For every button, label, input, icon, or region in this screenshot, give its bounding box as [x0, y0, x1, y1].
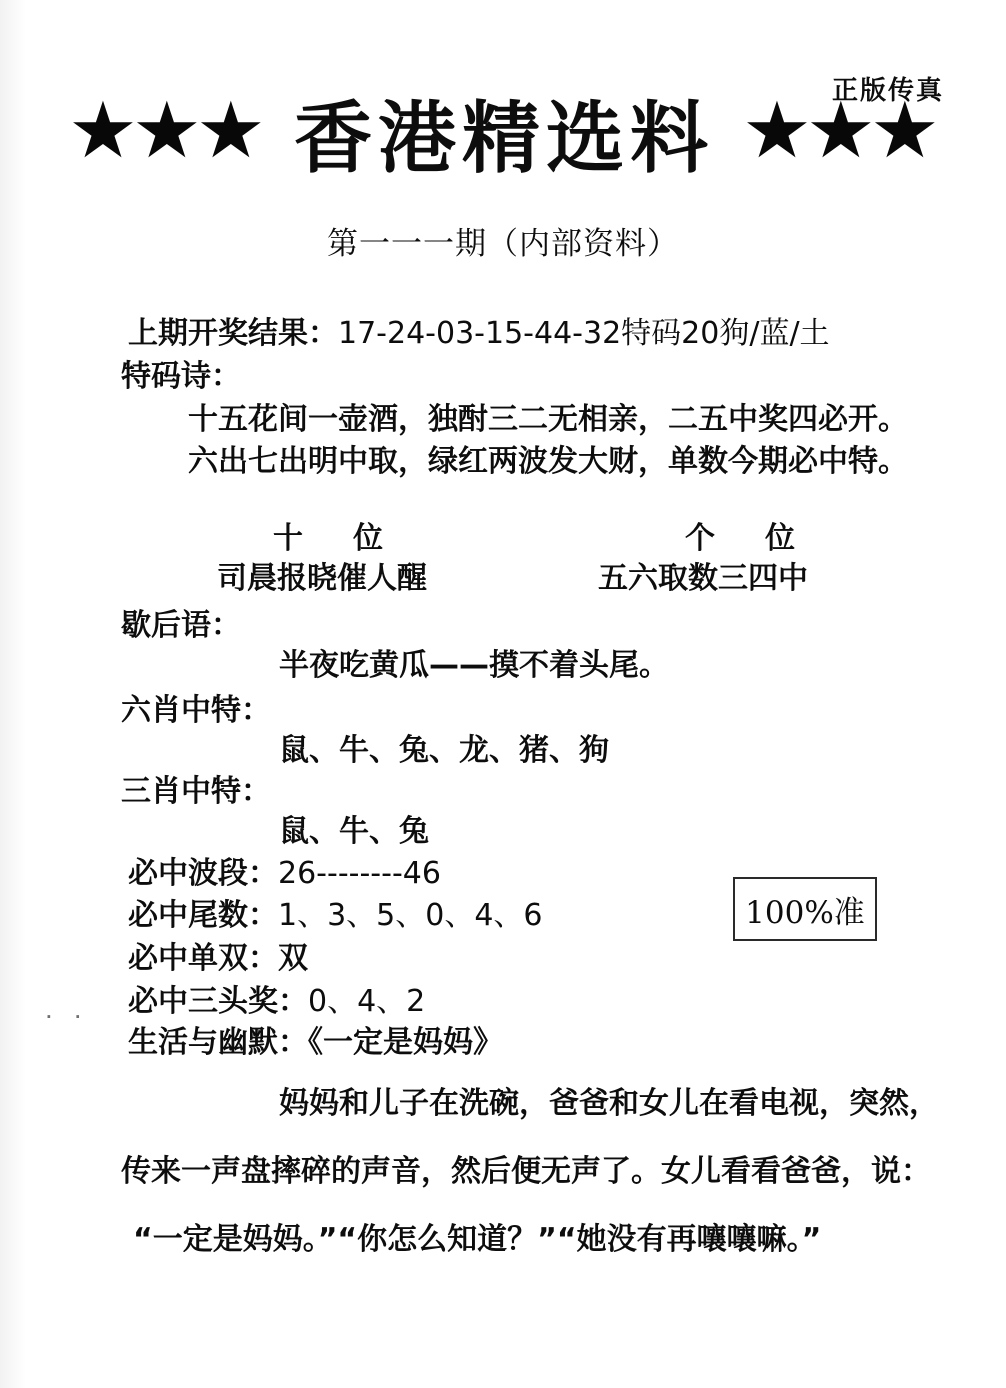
stars-right-icon: ★★★ — [742, 92, 934, 170]
odd-even-line: 必中单双：双 — [128, 942, 308, 975]
story-line-1: 妈妈和儿子在洗碗，爸爸和女儿在看电视，突然， — [279, 1087, 939, 1120]
ones-position-header: 个 位 — [685, 522, 805, 555]
wave-band-label: 必中波段： — [128, 856, 278, 891]
wave-band-line: 必中波段：26--------46 — [128, 857, 441, 890]
odd-even-label: 必中单双： — [128, 941, 278, 976]
fax-page: 正版传真 ★★★ 香港精选料 ★★★ 第一一一期（内部资料） 上期开奖结果：17… — [0, 0, 1006, 1388]
humor-label: 生活与幽默： — [128, 1025, 308, 1060]
story-line-2: 传来一声盘摔碎的声音，然后便无声了。女儿看看爸爸，说： — [121, 1155, 931, 1188]
humor-title: 《一定是妈妈》 — [308, 1025, 503, 1060]
six-xiao-label: 六肖中特： — [121, 694, 271, 727]
poem-line-1: 十五花间一壶酒，独酎三二无相亲，二五中奖四必开。 — [188, 403, 908, 436]
tens-position-clue: 司晨报晓催人醒 — [217, 562, 427, 595]
six-xiao-value: 鼠、牛、兔、龙、猪、狗 — [279, 734, 609, 767]
three-xiao-label: 三肖中特： — [121, 775, 271, 808]
issue-line: 第一一一期（内部资料） — [0, 218, 1006, 263]
ones-position-clue: 五六取数三四中 — [598, 562, 808, 595]
three-xiao-value: 鼠、牛、兔 — [279, 815, 429, 848]
tens-position-header: 十 位 — [273, 522, 393, 555]
last-result-label: 上期开奖结果： — [128, 316, 338, 351]
tails-line: 必中尾数：1、3、5、0、4、6 — [128, 899, 543, 932]
tails-value: 1、3、5、0、4、6 — [278, 898, 543, 933]
accuracy-badge: 100%准 — [733, 877, 877, 941]
xiehouyu-value: 半夜吃黄瓜——摸不着头尾。 — [279, 649, 669, 682]
poem-label: 特码诗： — [121, 360, 241, 393]
heads-line: 必中三头奖：0、4、2 — [128, 985, 425, 1018]
heads-value: 0、4、2 — [308, 984, 425, 1019]
story-line-3: “一定是妈妈。”“你怎么知道？”“她没有再嚷嚷嘛。” — [133, 1223, 821, 1256]
humor-line: 生活与幽默：《一定是妈妈》 — [128, 1026, 503, 1059]
scan-dots: · · — [46, 1008, 90, 1026]
accuracy-badge-text: 100%准 — [745, 887, 865, 932]
wave-band-value: 26--------46 — [278, 856, 441, 891]
last-result-line: 上期开奖结果：17-24-03-15-44-32特码20狗/蓝/土 — [128, 317, 830, 350]
poem-line-2: 六出七出明中取，绿红两波发大财，单数今期必中特。 — [188, 445, 908, 478]
stars-left-icon: ★★★ — [68, 92, 260, 170]
heads-label: 必中三头奖： — [128, 984, 308, 1019]
odd-even-value: 双 — [278, 941, 308, 976]
tails-label: 必中尾数： — [128, 898, 278, 933]
xiehouyu-label: 歇后语： — [121, 609, 241, 642]
last-result-value: 17-24-03-15-44-32特码20狗/蓝/土 — [338, 316, 830, 351]
page-title: 香港精选料 — [292, 94, 716, 184]
